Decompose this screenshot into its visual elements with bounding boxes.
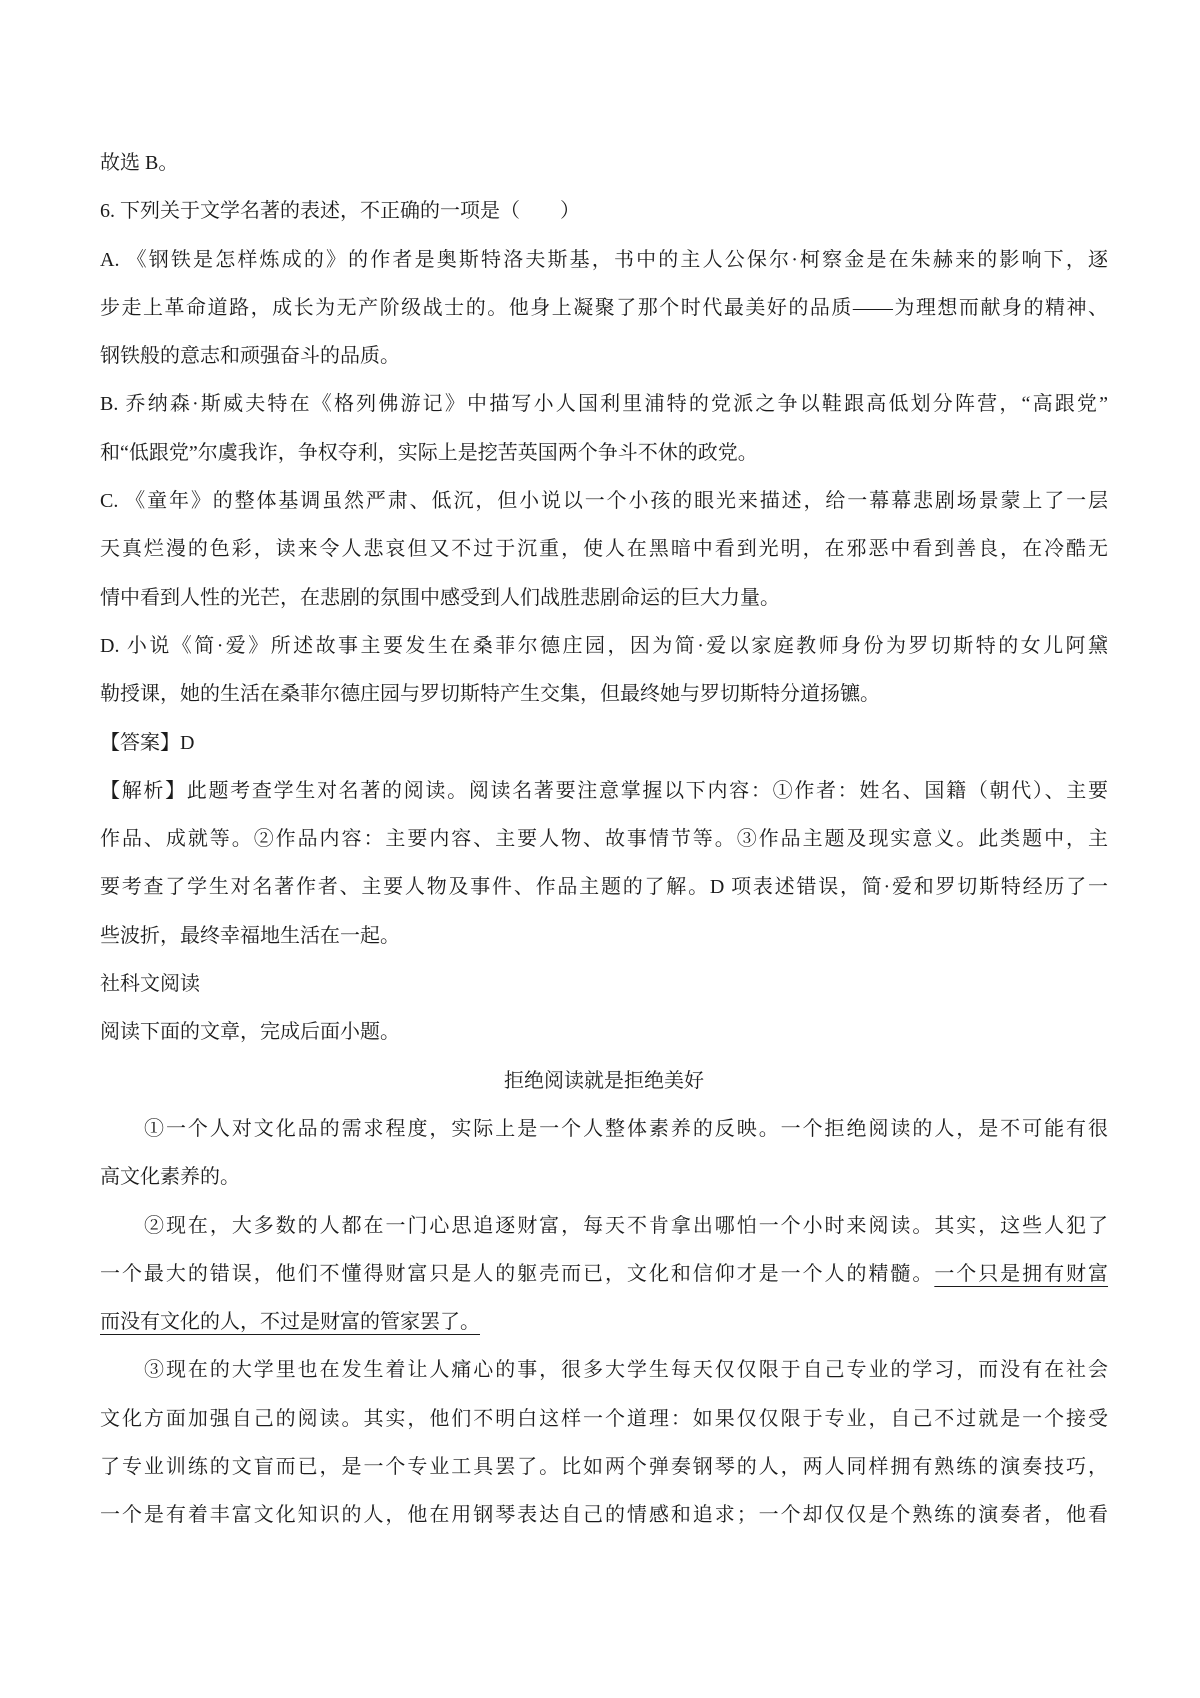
article-paragraph-2: 而没有文化的人，不过是财富的管家罢了。 [100, 1298, 1108, 1346]
option-a-line: A. 《钢铁是怎样炼成的》的作者是奥斯特洛夫斯基，书中的主人公保尔·柯察金是在朱… [100, 236, 1108, 284]
reading-instruction: 阅读下面的文章，完成后面小题。 [100, 1008, 1108, 1056]
option-b-line: 和“低跟党”尔虞我诈，争权夺利，实际上是挖苦英国两个争斗不休的政党。 [100, 429, 1108, 477]
option-d-line: D. 小说《简·爱》所述故事主要发生在桑菲尔德庄园，因为简·爱以家庭教师身份为罗… [100, 622, 1108, 670]
text-segment: D. 小说《简·爱》所述故事主要发生在桑菲尔德庄园，因为简·爱以家庭教师身份为罗… [100, 635, 1108, 657]
explanation-line: 要考查了学生对名著作者、主要人物及事件、作品主题的了解。D 项表述错误，简·爱和… [100, 863, 1108, 911]
text-segment: 【答案】D [100, 732, 194, 754]
text-segment: 些波折，最终幸福地生活在一起。 [100, 925, 400, 947]
text-segment: C. 《童年》的整体基调虽然严肃、低沉，但小说以一个小孩的眼光来描述，给一幕幕悲… [100, 490, 1108, 512]
document-text-block: 故选 B。6. 下列关于文学名著的表述，不正确的一项是（ ）A. 《钢铁是怎样炼… [100, 0, 1108, 1540]
option-d-line: 勒授课，她的生活在桑菲尔德庄园与罗切斯特产生交集，但最终她与罗切斯特分道扬镳。 [100, 670, 1108, 718]
text-segment: ②现在，大多数的人都在一门心思追逐财富，每天不肯拿出哪怕一个小时来阅读。其实，这… [144, 1215, 1108, 1237]
text-segment: ①一个人对文化品的需求程度，实际上是一个人整体素养的反映。一个拒绝阅读的人，是不… [144, 1118, 1108, 1140]
article-paragraph-3: 了专业训练的文盲而已，是一个专业工具罢了。比如两个弹奏钢琴的人，两人同样拥有熟练… [100, 1443, 1108, 1491]
article-paragraph-2: 一个最大的错误，他们不懂得财富只是人的躯壳而已，文化和信仰才是一个人的精髓。一个… [100, 1250, 1108, 1298]
text-segment: 天真烂漫的色彩，读来令人悲哀但又不过于沉重，使人在黑暗中看到光明，在邪恶中看到善… [100, 538, 1108, 560]
text-segment: 作品、成就等。②作品内容：主要内容、主要人物、故事情节等。③作品主题及现实意义。… [100, 828, 1108, 850]
answer-line: 【答案】D [100, 719, 1108, 767]
text-segment: ③现在的大学里也在发生着让人痛心的事，很多大学生每天仅仅限于自己专业的学习，而没… [144, 1359, 1108, 1381]
text-segment: 阅读下面的文章，完成后面小题。 [100, 1021, 400, 1043]
option-c-line: 天真烂漫的色彩，读来令人悲哀但又不过于沉重，使人在黑暗中看到光明，在邪恶中看到善… [100, 525, 1108, 573]
article-title: 拒绝阅读就是拒绝美好 [100, 1057, 1108, 1105]
explanation-line: 些波折，最终幸福地生活在一起。 [100, 912, 1108, 960]
option-c-line: 情中看到人性的光芒，在悲剧的氛围中感受到人们战胜悲剧命运的巨大力量。 [100, 574, 1108, 622]
explanation-line: 【解析】此题考查学生对名著的阅读。阅读名著要注意掌握以下内容：①作者：姓名、国籍… [100, 767, 1108, 815]
text-segment: 【解析】此题考查学生对名著的阅读。阅读名著要注意掌握以下内容：①作者：姓名、国籍… [100, 780, 1108, 802]
text-segment: 和“低跟党”尔虞我诈，争权夺利，实际上是挖苦英国两个争斗不休的政党。 [100, 442, 758, 464]
prev-answer-conclusion: 故选 B。 [100, 139, 1108, 187]
explanation-line: 作品、成就等。②作品内容：主要内容、主要人物、故事情节等。③作品主题及现实意义。… [100, 815, 1108, 863]
exam-document-page: 故选 B。6. 下列关于文学名著的表述，不正确的一项是（ ）A. 《钢铁是怎样炼… [0, 0, 1200, 1698]
text-segment: 勒授课，她的生活在桑菲尔德庄园与罗切斯特产生交集，但最终她与罗切斯特分道扬镳。 [100, 683, 880, 705]
underlined-text: 一个只是拥有财富 [934, 1263, 1108, 1285]
article-paragraph-3: 文化方面加强自己的阅读。其实，他们不明白这样一个道理：如果仅仅限于专业，自己不过… [100, 1395, 1108, 1443]
text-segment: 钢铁般的意志和顽强奋斗的品质。 [100, 345, 400, 367]
text-segment: A. 《钢铁是怎样炼成的》的作者是奥斯特洛夫斯基，书中的主人公保尔·柯察金是在朱… [100, 249, 1108, 271]
text-segment: 步走上革命道路，成长为无产阶级战士的。他身上凝聚了那个时代最美好的品质——为理想… [100, 297, 1108, 319]
article-paragraph-2: ②现在，大多数的人都在一门心思追逐财富，每天不肯拿出哪怕一个小时来阅读。其实，这… [100, 1202, 1108, 1250]
option-c-line: C. 《童年》的整体基调虽然严肃、低沉，但小说以一个小孩的眼光来描述，给一幕幕悲… [100, 477, 1108, 525]
text-segment: 6. 下列关于文学名著的表述，不正确的一项是（ ） [100, 200, 580, 222]
article-paragraph-1: 高文化素养的。 [100, 1153, 1108, 1201]
text-segment: 社科文阅读 [100, 973, 200, 995]
text-segment: 一个是有着丰富文化知识的人，他在用钢琴表达自己的情感和追求；一个却仅仅是个熟练的… [100, 1504, 1108, 1526]
option-a-line: 步走上革命道路，成长为无产阶级战士的。他身上凝聚了那个时代最美好的品质——为理想… [100, 284, 1108, 332]
text-segment: 要考查了学生对名著作者、主要人物及事件、作品主题的了解。D 项表述错误，简·爱和… [100, 876, 1108, 898]
question-6-stem: 6. 下列关于文学名著的表述，不正确的一项是（ ） [100, 187, 1108, 235]
section-heading: 社科文阅读 [100, 960, 1108, 1008]
article-paragraph-3: 一个是有着丰富文化知识的人，他在用钢琴表达自己的情感和追求；一个却仅仅是个熟练的… [100, 1491, 1108, 1539]
underlined-text: 而没有文化的人，不过是财富的管家罢了。 [100, 1311, 480, 1333]
text-segment: 文化方面加强自己的阅读。其实，他们不明白这样一个道理：如果仅仅限于专业，自己不过… [100, 1408, 1108, 1430]
text-segment: 情中看到人性的光芒，在悲剧的氛围中感受到人们战胜悲剧命运的巨大力量。 [100, 587, 780, 609]
article-paragraph-1: ①一个人对文化品的需求程度，实际上是一个人整体素养的反映。一个拒绝阅读的人，是不… [100, 1105, 1108, 1153]
text-segment: 一个最大的错误，他们不懂得财富只是人的躯壳而已，文化和信仰才是一个人的精髓。 [100, 1263, 934, 1285]
text-segment: 高文化素养的。 [100, 1166, 240, 1188]
option-a-line: 钢铁般的意志和顽强奋斗的品质。 [100, 332, 1108, 380]
option-b-line: B. 乔纳森·斯威夫特在《格列佛游记》中描写小人国利里浦特的党派之争以鞋跟高低划… [100, 380, 1108, 428]
text-segment: 了专业训练的文盲而已，是一个专业工具罢了。比如两个弹奏钢琴的人，两人同样拥有熟练… [100, 1456, 1108, 1478]
article-paragraph-3: ③现在的大学里也在发生着让人痛心的事，很多大学生每天仅仅限于自己专业的学习，而没… [100, 1346, 1108, 1394]
text-segment: B. 乔纳森·斯威夫特在《格列佛游记》中描写小人国利里浦特的党派之争以鞋跟高低划… [100, 393, 1108, 415]
text-segment: 故选 B。 [100, 152, 178, 174]
text-segment: 拒绝阅读就是拒绝美好 [504, 1070, 704, 1092]
